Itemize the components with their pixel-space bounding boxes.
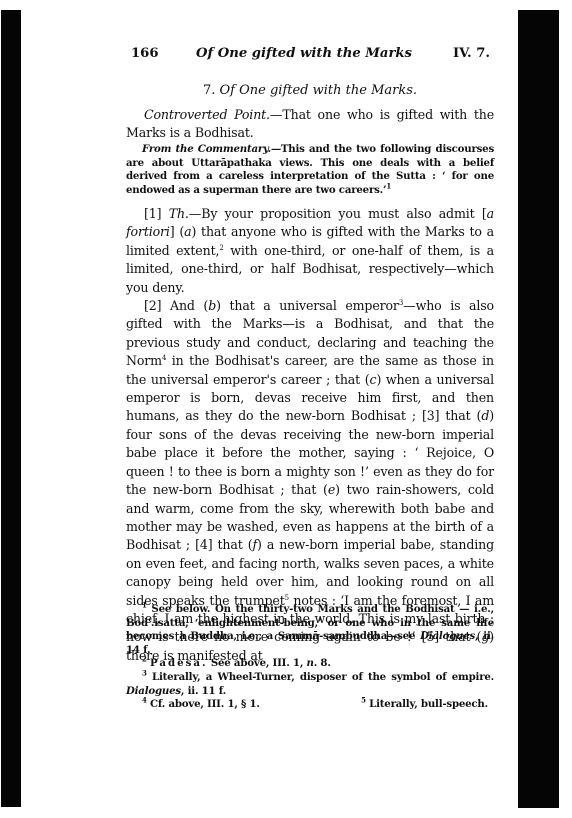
italic-letter: b (208, 298, 216, 313)
commentary-label: From the Commentary. (142, 143, 271, 155)
running-header: 166 Of One gifted with the Marks IV. 7. (126, 46, 494, 66)
text-run: —By your proposition you must also admit… (189, 206, 487, 221)
section-ref: IV. 7. (453, 46, 490, 61)
commentary: From the Commentary.—This and the two fo… (126, 143, 494, 197)
text-run: , ii. 11 f. (181, 685, 226, 697)
text-run: Cf. above, III. 1, § 1. (147, 698, 260, 710)
italic-letter: n (307, 657, 314, 669)
text-run: . 8. (314, 657, 331, 669)
text-run: See above, III. 1, (208, 657, 307, 669)
text-run: ] ( (170, 224, 184, 239)
scan-edge-right (518, 10, 559, 808)
footnote-ref: 1 (386, 181, 391, 190)
section-title: 7. Of One gifted with the Marks. (126, 83, 494, 98)
paragraph-number: [1] (144, 206, 161, 221)
footnote-5: 5 Literally, bull-speech. (361, 698, 488, 712)
page-number: 166 (131, 46, 159, 61)
section-number: 7. (203, 83, 215, 98)
footnotes-4-5: 4 Cf. above, III. 1, § 1. 5 Literally, b… (126, 698, 494, 712)
controverted-point: Controverted Point.—That one who is gift… (126, 106, 494, 143)
controverted-point-label: Controverted Point. (144, 107, 270, 122)
text-run: ) that a universal emperor (216, 298, 399, 313)
speaker-label: Th. (169, 206, 189, 221)
italic-ref: Dialogues (126, 685, 181, 697)
text-run: And ( (161, 298, 208, 313)
text-run: Literally, bull-speech. (366, 698, 488, 710)
footnote-2: 2 Padesa. See above, III. 1, n. 8. (126, 657, 494, 671)
paragraph-number: [2] (144, 298, 161, 313)
section-title-text: Of One gifted with the Marks. (220, 83, 418, 98)
italic-ref: Dialogues (420, 630, 475, 642)
running-title: Of One gifted with the Marks (196, 46, 412, 61)
main-body: [1] Th.—By your proposition you must als… (126, 205, 494, 665)
spaced-term: Padesa. (150, 657, 207, 669)
paragraph-1: [1] Th.—By your proposition you must als… (126, 205, 494, 297)
footnote-3: 3 Literally, a Wheel-Turner, disposer of… (126, 671, 494, 698)
footnote-mark: 2 (142, 655, 147, 664)
footnote-4: 4 Cf. above, III. 1, § 1. (142, 698, 260, 712)
text-run: Literally, a Wheel-Turner, disposer of t… (147, 671, 494, 683)
footnotes: 1 See below. On the thirty-two Marks and… (126, 603, 494, 712)
scan-edge-left (1, 10, 21, 807)
footnote-1: 1 See below. On the thirty-two Marks and… (126, 603, 494, 657)
